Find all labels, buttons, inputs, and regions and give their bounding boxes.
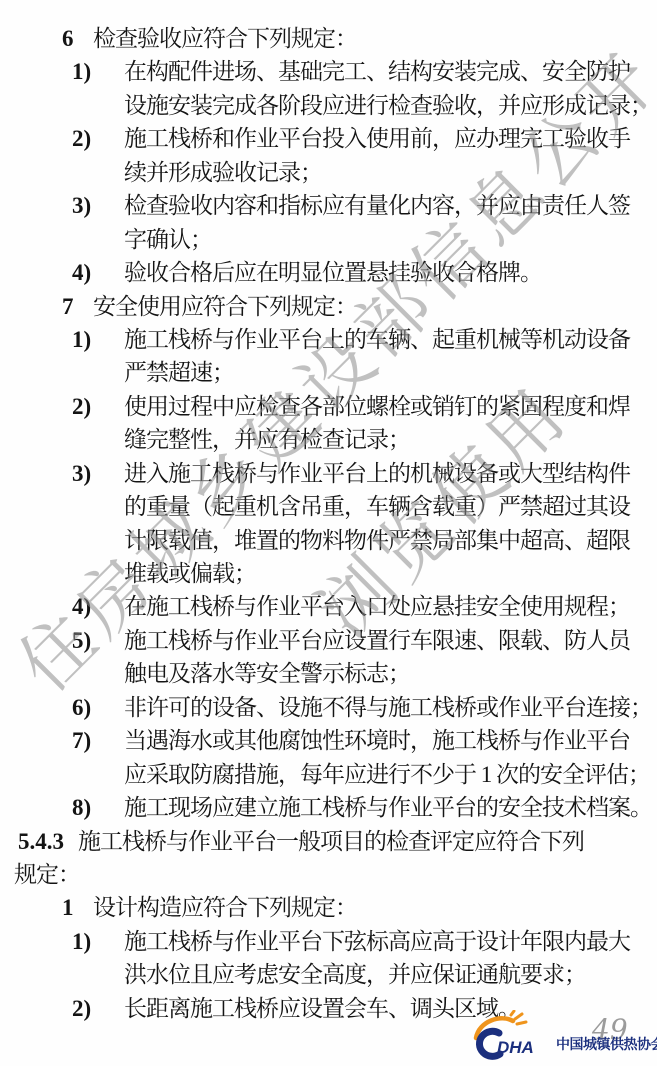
line-marker: 3) — [72, 457, 91, 490]
line-marker: 7 — [62, 290, 74, 323]
line-text: 应采取防腐措施，每年应进行不少于 1 次的安全评估； — [124, 758, 650, 791]
line-marker: 4) — [72, 590, 91, 623]
line-text: 安全使用应符合下列规定： — [93, 290, 357, 323]
line-marker: 4) — [72, 256, 91, 289]
line-text: 验收合格后应在明显位置悬挂验收合格牌。 — [124, 256, 542, 289]
text-line: 7 安全使用应符合下列规定： — [0, 290, 657, 323]
line-marker: 1 — [62, 891, 74, 924]
line-text: 设施安装完成各阶段应进行检查验收，并应形成记录； — [124, 89, 652, 122]
line-text: 非许可的设备、设施不得与施工栈桥或作业平台连接； — [124, 691, 652, 724]
line-marker: 1) — [72, 55, 91, 88]
text-line: 续并形成验收记录； — [0, 156, 657, 189]
text-line: 8) 施工现场应建立施工栈桥与作业平台的安全技术档案。 — [0, 791, 657, 824]
line-text: 设计构造应符合下列规定： — [93, 891, 357, 924]
logo-ray-icon — [511, 1011, 514, 1015]
text-line: 1) 施工栈桥与作业平台下弦标高应高于设计年限内最大 — [0, 925, 657, 958]
line-marker: 2) — [72, 122, 91, 155]
text-line: 2) 施工栈桥和作业平台投入使用前，应办理完工验收手 — [0, 122, 657, 155]
line-text: 检查验收内容和指标应有量化内容，并应由责任人签 — [124, 189, 630, 222]
line-text: 施工栈桥与作业平台一般项目的检查评定应符合下列 — [78, 825, 584, 858]
text-line: 4) 验收合格后应在明显位置悬挂验收合格牌。 — [0, 256, 657, 289]
logo-ray-icon — [515, 1014, 522, 1019]
line-marker: 8) — [72, 791, 91, 824]
text-line: 缝完整性，并应有检查记录； — [0, 423, 657, 456]
line-text: 缝完整性，并应有检查记录； — [124, 423, 410, 456]
line-text: 施工现场应建立施工栈桥与作业平台的安全技术档案。 — [124, 791, 652, 824]
text-line: 5.4.3 施工栈桥与作业平台一般项目的检查评定应符合下列 — [0, 825, 657, 858]
text-line: 6) 非许可的设备、设施不得与施工栈桥或作业平台连接； — [0, 691, 657, 724]
text-line: 规定： — [0, 858, 657, 891]
line-text: 使用过程中应检查各部位螺栓或销钉的紧固程度和焊 — [124, 390, 630, 423]
text-line: 6 检查验收应符合下列规定： — [0, 22, 657, 55]
line-text: 严禁超速； — [124, 356, 234, 389]
line-text: 进入施工栈桥与作业平台上的机械设备或大型结构件 — [124, 457, 630, 490]
document-page: 住房城乡建设部信息公开 浏览使用 6 检查验收应符合下列规定： 1) 在构配件进… — [0, 0, 657, 1066]
text-line: 5) 施工栈桥与作业平台应设置行车限速、限载、防人员 — [0, 624, 657, 657]
cdha-logo-mark: DHA — [470, 1010, 556, 1062]
logo-ray-icon — [517, 1022, 526, 1024]
text-line: 计限载值，堆置的物料物件严禁局部集中超高、超限 — [0, 524, 657, 557]
association-logo: DHA 中国城镇供热协会 — [470, 1010, 656, 1062]
association-name: 中国城镇供热协会 — [556, 1034, 657, 1054]
line-text: 施工栈桥与作业平台上的车辆、起重机械等机动设备 — [124, 323, 630, 356]
line-text: 计限载值，堆置的物料物件严禁局部集中超高、超限 — [124, 524, 630, 557]
line-text: 长距离施工栈桥应设置会车、调头区域。 — [124, 992, 520, 1025]
line-text: 的重量（起重机含吊重，车辆含载重）严禁超过其设 — [124, 490, 630, 523]
line-text: 施工栈桥与作业平台应设置行车限速、限载、防人员 — [124, 624, 630, 657]
text-line: 设施安装完成各阶段应进行检查验收，并应形成记录； — [0, 89, 657, 122]
text-line: 触电及落水等安全警示标志； — [0, 657, 657, 690]
line-marker: 6 — [62, 22, 74, 55]
text-line: 堆载或偏载； — [0, 557, 657, 590]
text-line: 洪水位且应考虑安全高度，并应保证通航要求； — [0, 958, 657, 991]
text-line: 字确认； — [0, 223, 657, 256]
text-line: 1 设计构造应符合下列规定： — [0, 891, 657, 924]
line-marker: 2) — [72, 992, 91, 1025]
line-text: 在构配件进场、基础完工、结构安装完成、安全防护 — [124, 55, 630, 88]
line-text: 检查验收应符合下列规定： — [93, 22, 357, 55]
document-body: 6 检查验收应符合下列规定： 1) 在构配件进场、基础完工、结构安装完成、安全防… — [0, 22, 657, 1025]
line-marker: 5) — [72, 624, 91, 657]
text-line: 3) 进入施工栈桥与作业平台上的机械设备或大型结构件 — [0, 457, 657, 490]
text-line: 1) 在构配件进场、基础完工、结构安装完成、安全防护 — [0, 55, 657, 88]
line-text: 在施工栈桥与作业平台入口处应悬挂安全使用规程； — [124, 590, 630, 623]
line-text: 施工栈桥和作业平台投入使用前，应办理完工验收手 — [124, 122, 630, 155]
line-marker: 1) — [72, 323, 91, 356]
logo-acronym-text: DHA — [497, 1038, 534, 1057]
line-text: 施工栈桥与作业平台下弦标高应高于设计年限内最大 — [124, 925, 630, 958]
text-line: 3) 检查验收内容和指标应有量化内容，并应由责任人签 — [0, 189, 657, 222]
text-line: 1) 施工栈桥与作业平台上的车辆、起重机械等机动设备 — [0, 323, 657, 356]
line-marker: 7) — [72, 724, 91, 757]
line-marker: 6) — [72, 691, 91, 724]
line-text: 洪水位且应考虑安全高度，并应保证通航要求； — [124, 958, 586, 991]
text-line: 4) 在施工栈桥与作业平台入口处应悬挂安全使用规程； — [0, 590, 657, 623]
text-line: 7) 当遇海水或其他腐蚀性环境时，施工栈桥与作业平台 — [0, 724, 657, 757]
line-text: 规定： — [14, 858, 80, 891]
line-text: 触电及落水等安全警示标志； — [124, 657, 410, 690]
line-marker: 5.4.3 — [18, 825, 64, 858]
text-line: 严禁超速； — [0, 356, 657, 389]
text-line: 2) 使用过程中应检查各部位螺栓或销钉的紧固程度和焊 — [0, 390, 657, 423]
line-text: 续并形成验收记录； — [124, 156, 322, 189]
line-marker: 3) — [72, 189, 91, 222]
line-text: 堆载或偏载； — [124, 557, 256, 590]
line-text: 当遇海水或其他腐蚀性环境时，施工栈桥与作业平台 — [124, 724, 630, 757]
line-text: 字确认； — [124, 223, 212, 256]
text-line: 应采取防腐措施，每年应进行不少于 1 次的安全评估； — [0, 758, 657, 791]
line-marker: 2) — [72, 390, 91, 423]
line-marker: 1) — [72, 925, 91, 958]
text-line: 的重量（起重机含吊重，车辆含载重）严禁超过其设 — [0, 490, 657, 523]
